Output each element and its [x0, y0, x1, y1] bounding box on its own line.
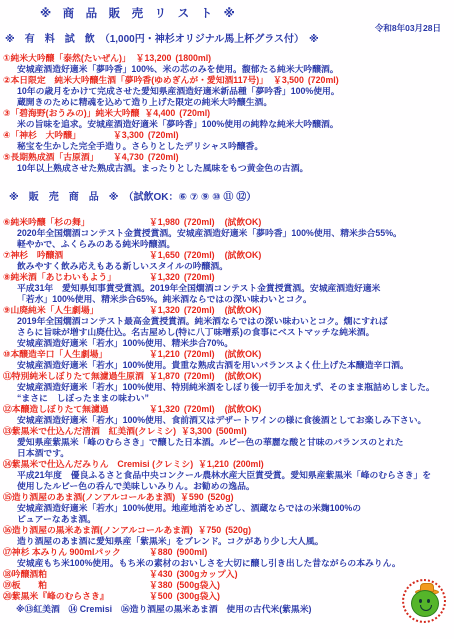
product-price: ￥1,320	[149, 272, 180, 282]
product-description-line: 平成21年度 優良ふるさと食品中央コンクール農林水産大臣賞受賞。愛知県産紫黒米「…	[17, 470, 435, 481]
product-item: ⑫本醸造しぼりたて無濾過￥1,320(720ml)(試飲OK) 安城産酒造好適米…	[3, 404, 435, 426]
product-label: ⑭紫黒米で仕込んだみりん Cremisi (クレミシ)	[3, 459, 193, 470]
product-item-row: ⑥純米吟醸「杉の舞」￥1,980(720ml)(試飲OK)	[3, 217, 435, 228]
product-item: ⑰神杉 本みりん 900mlパック￥880(900ml) 安城産もち米100%使…	[3, 547, 435, 569]
product-price: ￥1,320	[149, 305, 180, 315]
product-description-line: 「若水」100%使用、精米歩合65%。純米酒ならではの深い味わいとコク。	[17, 294, 435, 305]
product-descriptions: 造り酒屋のあま酒に愛知県産「紫黒米」をブレンド。コクがあり少し大人風。	[3, 536, 435, 547]
product-label: ⑳紫黒米『峰のむらさき』	[3, 591, 144, 602]
product-item-row: ①純米大吟醸「泰然(たいぜん)」￥13,200(1800ml)	[3, 53, 340, 64]
product-item: ⑲板 粕￥380(500g袋入)	[3, 580, 435, 591]
sales-products-item-list: ⑥純米吟醸「杉の舞」￥1,980(720ml)(試飲OK) 2020年全国燗酒コ…	[3, 217, 435, 602]
product-price: ￥4,730	[113, 152, 144, 162]
product-descriptions: 安城産酒造好適米「若水」100%使用。貴重な熟成古酒を用いバランスよく仕上げた本…	[3, 360, 435, 371]
product-description-line: 飲みやすく飲み応えもある新しいスタイルの吟醸酒。	[17, 261, 435, 272]
product-label: ⑧純米酒「あじわいもよう」	[3, 272, 144, 283]
product-volume: (720ml)	[184, 250, 215, 260]
mascot-eye-icon	[419, 599, 422, 603]
product-description-line: 安城産酒造好適米「若水」100%使用、特別純米酒をしぼり後一切手を加えず、そのま…	[17, 382, 435, 393]
product-descriptions: 安城産酒造好適米「若水」100%使用、特別純米酒をしぼり後一切手を加えず、そのま…	[3, 382, 435, 404]
product-descriptions: 安城産酒造好適米「若水」100%使用。地産地消をめざし、酒蔵ならではの米麹100…	[3, 503, 435, 525]
product-volume: (720ml)	[184, 272, 215, 282]
product-item-row: ⑩本醸造辛口「人生劇場」￥1,210(720ml)(試飲OK)	[3, 349, 435, 360]
mascot-face-icon	[411, 590, 439, 617]
product-label: ⑲板 粕	[3, 580, 144, 591]
product-description-line: 使用したルビー色の呑んで美味しいみりん。お勧めの逸品。	[17, 481, 435, 492]
product-volume: (1800ml)	[175, 53, 211, 63]
product-descriptions: 10年以上熟成させた熟成古酒。まったりとした風味をもつ黄金色の古酒。	[3, 163, 340, 174]
product-description-line: 2020年全国燗酒コンテスト金賞授賞酒。安城産酒造好適米「夢吟香」100%使用、…	[17, 228, 435, 239]
product-item: ⑬紫黒米で仕込んだ清酒 紅美酒(クレミシ)￥3,300(500ml) 愛知県産紫…	[3, 426, 435, 459]
product-item: ⑳紫黒米『峰のむらさき』￥500(300g袋入)	[3, 591, 435, 602]
product-item: ⑩本醸造辛口「人生劇場」￥1,210(720ml)(試飲OK) 安城産酒造好適米…	[3, 349, 435, 371]
product-label: ④「神杉 大吟醸」	[3, 130, 108, 141]
product-item: ①純米大吟醸「泰然(たいぜん)」￥13,200(1800ml) 安城産酒造好適米…	[3, 53, 340, 75]
product-volume: (720ml)	[308, 75, 339, 85]
tasting-ok-note: (試飲OK)	[225, 217, 262, 227]
product-description-line: 安城産酒造好適米「夢吟香」100%、米の芯のみを使用。馥郁たる純米大吟醸酒。	[17, 64, 340, 75]
product-label: ②本日限定 純米大吟醸生酒「夢吟香(ゆめぎんが・愛知酒117号)」	[3, 75, 268, 86]
product-volume: (200ml)	[233, 459, 264, 469]
product-description-line: ピュアーなあま酒。	[17, 514, 435, 525]
product-item-row: ⑦神杉 吟醸酒￥1,650(720ml)(試飲OK)	[3, 250, 435, 261]
tasting-ok-note: (試飲OK)	[225, 371, 262, 381]
product-label: ③「碧海野(おうみの)」純米大吟醸	[3, 108, 139, 119]
product-label: ⑩本醸造辛口「人生劇場」	[3, 349, 144, 360]
product-description-line: “まさに しぼったままの味わい”	[17, 393, 435, 404]
product-descriptions: 平成21年度 優良ふるさと食品中央コンクール農林水産大臣賞受賞。愛知県産紫黒米「…	[3, 470, 435, 492]
product-label: ⑯造り酒屋の黒米あま酒(ノンアルコールあま酒)	[3, 525, 193, 536]
product-volume: (720ml)	[184, 371, 215, 381]
sales-products-section-title: ※ 販 売 商 品 ※ （試飲OK：⑥ ⑦ ⑨ ⑩ ⑪ ⑫）	[9, 191, 256, 204]
product-item: ②本日限定 純米大吟醸生酒「夢吟香(ゆめぎんが・愛知酒117号)」￥3,500(…	[3, 75, 340, 108]
product-volume: (720ml)	[179, 108, 210, 118]
product-volume: (300g袋入)	[176, 591, 220, 601]
product-descriptions: 秘宝を生かした完全手造り。さらりとしたデリシャス吟醸香。	[3, 141, 340, 152]
product-price: ￥13,200	[136, 53, 172, 63]
document-date: 令和8年03月28日	[375, 22, 441, 34]
tasting-ok-note: (試飲OK)	[225, 404, 262, 414]
product-item: ⑪特別純米しぼりたて無濾過生原酒￥1,870(720ml)(試飲OK) 安城産酒…	[3, 371, 435, 404]
product-item: ⑭紫黒米で仕込んだみりん Cremisi (クレミシ)￥1,210(200ml)…	[3, 459, 435, 492]
product-descriptions: 2020年全国燗酒コンテスト金賞授賞酒。安城産酒造好適米「夢吟香」100%使用、…	[3, 228, 435, 250]
tasting-ok-note: (試飲OK)	[225, 349, 262, 359]
product-description-line: 愛知県産紫黒米「峰のむらさき」で醸した日本酒。ルビー色の華麗な酸と甘味のバランス…	[17, 437, 435, 448]
product-price: ￥430	[149, 569, 172, 579]
product-description-line: 10年の歳月をかけて完成させた愛知県産酒造好適米新品種「夢吟香」100%使用。	[17, 86, 340, 97]
product-descriptions: 10年の歳月をかけて完成させた愛知県産酒造好適米新品種「夢吟香」100%使用。蔵…	[3, 86, 340, 108]
product-item-row: ⑱吟醸酒粕￥430(300gカップ入)	[3, 569, 435, 580]
product-item: ⑮造り酒屋のあま酒(ノンアルコールあま酒)￥590(520g) 安城産酒造好適米…	[3, 492, 435, 525]
product-item-row: ⑧純米酒「あじわいもよう」￥1,320(720ml)	[3, 272, 435, 283]
product-item-row: ⑯造り酒屋の黒米あま酒(ノンアルコールあま酒)￥750(520g)	[3, 525, 435, 536]
product-item-row: ⑪特別純米しぼりたて無濾過生原酒￥1,870(720ml)(試飲OK)	[3, 371, 435, 382]
product-item: ⑱吟醸酒粕￥430(300gカップ入)	[3, 569, 435, 580]
product-price: ￥1,650	[149, 250, 180, 260]
product-volume: (300gカップ入)	[176, 569, 237, 579]
product-description-line: 10年以上熟成させた熟成古酒。まったりとした風味をもつ黄金色の古酒。	[17, 163, 340, 174]
product-label: ⑨山廃純米「人生劇場」	[3, 305, 144, 316]
product-description-line: 安城産酒造好適米「若水」100%使用、精米歩合70%。	[17, 338, 435, 349]
product-price: ￥380	[149, 580, 172, 590]
product-descriptions: 2019年全国燗酒コンテスト最高金賞授賞酒。純米酒ならではの深い味わいとコク。燗…	[3, 316, 435, 349]
paid-tasting-item-list: ①純米大吟醸「泰然(たいぜん)」￥13,200(1800ml) 安城産酒造好適米…	[3, 53, 340, 174]
product-item-row: ②本日限定 純米大吟醸生酒「夢吟香(ゆめぎんが・愛知酒117号)」￥3,500(…	[3, 75, 340, 86]
product-description-line: 安城産酒造好適米「若水」100%使用。地産地消をめざし、酒蔵ならではの米麹100…	[17, 503, 435, 514]
product-item: ⑥純米吟醸「杉の舞」￥1,980(720ml)(試飲OK) 2020年全国燗酒コ…	[3, 217, 435, 250]
product-volume: (720ml)	[184, 305, 215, 315]
product-item-row: ⑲板 粕￥380(500g袋入)	[3, 580, 435, 591]
product-descriptions: 平成31年 愛知県知事賞受賞酒。2019年全国燗酒コンテスト金賞授賞酒。安城産酒…	[3, 283, 435, 305]
product-description-line: 日本酒です。	[17, 448, 435, 459]
product-description-line: 軽やかで、ふくらみのある純米吟醸酒。	[17, 239, 435, 250]
product-price: ￥590	[180, 492, 203, 502]
product-price: ￥880	[149, 547, 172, 557]
product-item: ⑦神杉 吟醸酒￥1,650(720ml)(試飲OK) 飲みやすく飲み応えもある新…	[3, 250, 435, 272]
product-descriptions: 愛知県産紫黒米「峰のむらさき」で醸した日本酒。ルビー色の華麗な酸と甘味のバランス…	[3, 437, 435, 459]
product-description-line: 米の旨味を追求。安城産酒造好適米「夢吟香」100%使用の純粋な純米大吟醸酒。	[17, 119, 340, 130]
mascot-eye-icon	[427, 599, 430, 603]
product-descriptions: 米の旨味を追求。安城産酒造好適米「夢吟香」100%使用の純粋な純米大吟醸酒。	[3, 119, 340, 130]
product-label: ⑮造り酒屋のあま酒(ノンアルコールあま酒)	[3, 492, 175, 503]
mascot-smile-icon	[420, 605, 432, 611]
product-volume: (720ml)	[148, 130, 179, 140]
product-label: ⑰神杉 本みりん 900mlパック	[3, 547, 144, 558]
product-label: ⑫本醸造しぼりたて無濾過	[3, 404, 144, 415]
product-volume: (720ml)	[148, 152, 179, 162]
product-price: ￥750	[198, 525, 221, 535]
page-title: ※ 商 品 販 売 リ ス ト ※	[40, 7, 235, 21]
product-volume: (520g)	[225, 525, 251, 535]
product-item: ③「碧海野(おうみの)」純米大吟醸￥4,400(720ml) 米の旨味を追求。安…	[3, 108, 340, 130]
product-description-line: 蔵開きのために精魂を込めて造り上げた限定の純米大吟醸生酒。	[17, 97, 340, 108]
product-price: ￥1,210	[149, 349, 180, 359]
product-descriptions: 安城産もち米100%使用。もち米の素材のおいしさを大切に醸し引き出した昔ながらの…	[3, 558, 435, 569]
product-label: ①純米大吟醸「泰然(たいぜん)」	[3, 53, 131, 64]
ancient-rice-footnote: ※⑬紅美酒 ⑭ Cremisi ⑯造り酒屋の黒米あま酒 使用の古代米(紫黒米)	[16, 604, 311, 615]
product-descriptions: 安城産酒造好適米「若水」100%使用、食前酒又はデザートワインの様に食後酒として…	[3, 415, 435, 426]
product-description-line: 造り酒屋のあま酒に愛知県産「紫黒米」をブレンド。コクがあり少し大人風。	[17, 536, 435, 547]
product-description-line: 2019年全国燗酒コンテスト最高金賞授賞酒。純米酒ならではの深い味わいとコク。燗…	[17, 316, 435, 327]
product-description-line: 秘宝を生かした完全手造り。さらりとしたデリシャス吟醸香。	[17, 141, 340, 152]
product-item-row: ③「碧海野(おうみの)」純米大吟醸￥4,400(720ml)	[3, 108, 340, 119]
product-price: ￥1,980	[149, 217, 180, 227]
brewery-mascot-stamp	[402, 579, 446, 623]
product-label: ⑬紫黒米で仕込んだ清酒 紅美酒(クレミシ)	[3, 426, 176, 437]
product-volume: (520g)	[208, 492, 234, 502]
product-label: ⑱吟醸酒粕	[3, 569, 144, 580]
product-label: ⑦神杉 吟醸酒	[3, 250, 144, 261]
product-item-row: ④「神杉 大吟醸」￥3,300(720ml)	[3, 130, 340, 141]
product-item: ⑧純米酒「あじわいもよう」￥1,320(720ml) 平成31年 愛知県知事賞受…	[3, 272, 435, 305]
product-sales-list-document: ※ 商 品 販 売 リ ス ト ※ 令和8年03月28日 ※ 有 料 試 飲 （…	[0, 0, 454, 639]
product-price: ￥1,870	[149, 371, 180, 381]
product-volume: (500g袋入)	[176, 580, 220, 590]
product-item: ⑨山廃純米「人生劇場」￥1,320(720ml)(試飲OK) 2019年全国燗酒…	[3, 305, 435, 349]
product-label: ⑥純米吟醸「杉の舞」	[3, 217, 144, 228]
product-description-line: 安城産もち米100%使用。もち米の素材のおいしさを大切に醸し引き出した昔ながらの…	[17, 558, 435, 569]
product-description-line: 平成31年 愛知県知事賞受賞酒。2019年全国燗酒コンテスト金賞授賞酒。安城産酒…	[17, 283, 435, 294]
product-descriptions: 安城産酒造好適米「夢吟香」100%、米の芯のみを使用。馥郁たる純米大吟醸酒。	[3, 64, 340, 75]
product-label: ⑤長期熟成酒「古原酒」	[3, 152, 108, 163]
paid-tasting-section-title: ※ 有 料 試 飲 （1,000円・神杉オリジナル馬上杯グラス付） ※	[5, 33, 319, 46]
product-price: ￥3,300	[181, 426, 212, 436]
product-item-row: ⑰神杉 本みりん 900mlパック￥880(900ml)	[3, 547, 435, 558]
product-item-row: ⑬紫黒米で仕込んだ清酒 紅美酒(クレミシ)￥3,300(500ml)	[3, 426, 435, 437]
product-item-row: ⑤長期熟成酒「古原酒」￥4,730(720ml)	[3, 152, 340, 163]
product-label: ⑪特別純米しぼりたて無濾過生原酒	[3, 371, 144, 382]
product-item: ⑯造り酒屋の黒米あま酒(ノンアルコールあま酒)￥750(520g) 造り酒屋のあ…	[3, 525, 435, 547]
product-price: ￥1,210	[198, 459, 229, 469]
product-price: ￥1,320	[149, 404, 180, 414]
product-description-line: さらに旨味が増す山廃仕込。名古屋めし(特に八丁味噌系)の食事にベストマッチな純米…	[17, 327, 435, 338]
product-volume: (720ml)	[184, 217, 215, 227]
product-volume: (500ml)	[216, 426, 247, 436]
product-item-row: ⑭紫黒米で仕込んだみりん Cremisi (クレミシ)￥1,210(200ml)	[3, 459, 435, 470]
product-volume: (720ml)	[184, 349, 215, 359]
product-volume: (900ml)	[176, 547, 207, 557]
product-item-row: ⑨山廃純米「人生劇場」￥1,320(720ml)(試飲OK)	[3, 305, 435, 316]
product-price: ￥4,400	[144, 108, 175, 118]
product-volume: (720ml)	[184, 404, 215, 414]
product-descriptions: 飲みやすく飲み応えもある新しいスタイルの吟醸酒。	[3, 261, 435, 272]
product-price: ￥3,500	[273, 75, 304, 85]
product-item: ④「神杉 大吟醸」￥3,300(720ml) 秘宝を生かした完全手造り。さらりと…	[3, 130, 340, 152]
product-item-row: ⑮造り酒屋のあま酒(ノンアルコールあま酒)￥590(520g)	[3, 492, 435, 503]
product-description-line: 安城産酒造好適米「若水」100%使用、食前酒又はデザートワインの様に食後酒として…	[17, 415, 435, 426]
product-item-row: ⑳紫黒米『峰のむらさき』￥500(300g袋入)	[3, 591, 435, 602]
tasting-ok-note: (試飲OK)	[225, 305, 262, 315]
product-item-row: ⑫本醸造しぼりたて無濾過￥1,320(720ml)(試飲OK)	[3, 404, 435, 415]
product-item: ⑤長期熟成酒「古原酒」￥4,730(720ml) 10年以上熟成させた熟成古酒。…	[3, 152, 340, 174]
product-price: ￥3,300	[113, 130, 144, 140]
product-price: ￥500	[149, 591, 172, 601]
product-description-line: 安城産酒造好適米「若水」100%使用。貴重な熟成古酒を用いバランスよく仕上げた本…	[17, 360, 435, 371]
tasting-ok-note: (試飲OK)	[225, 250, 262, 260]
